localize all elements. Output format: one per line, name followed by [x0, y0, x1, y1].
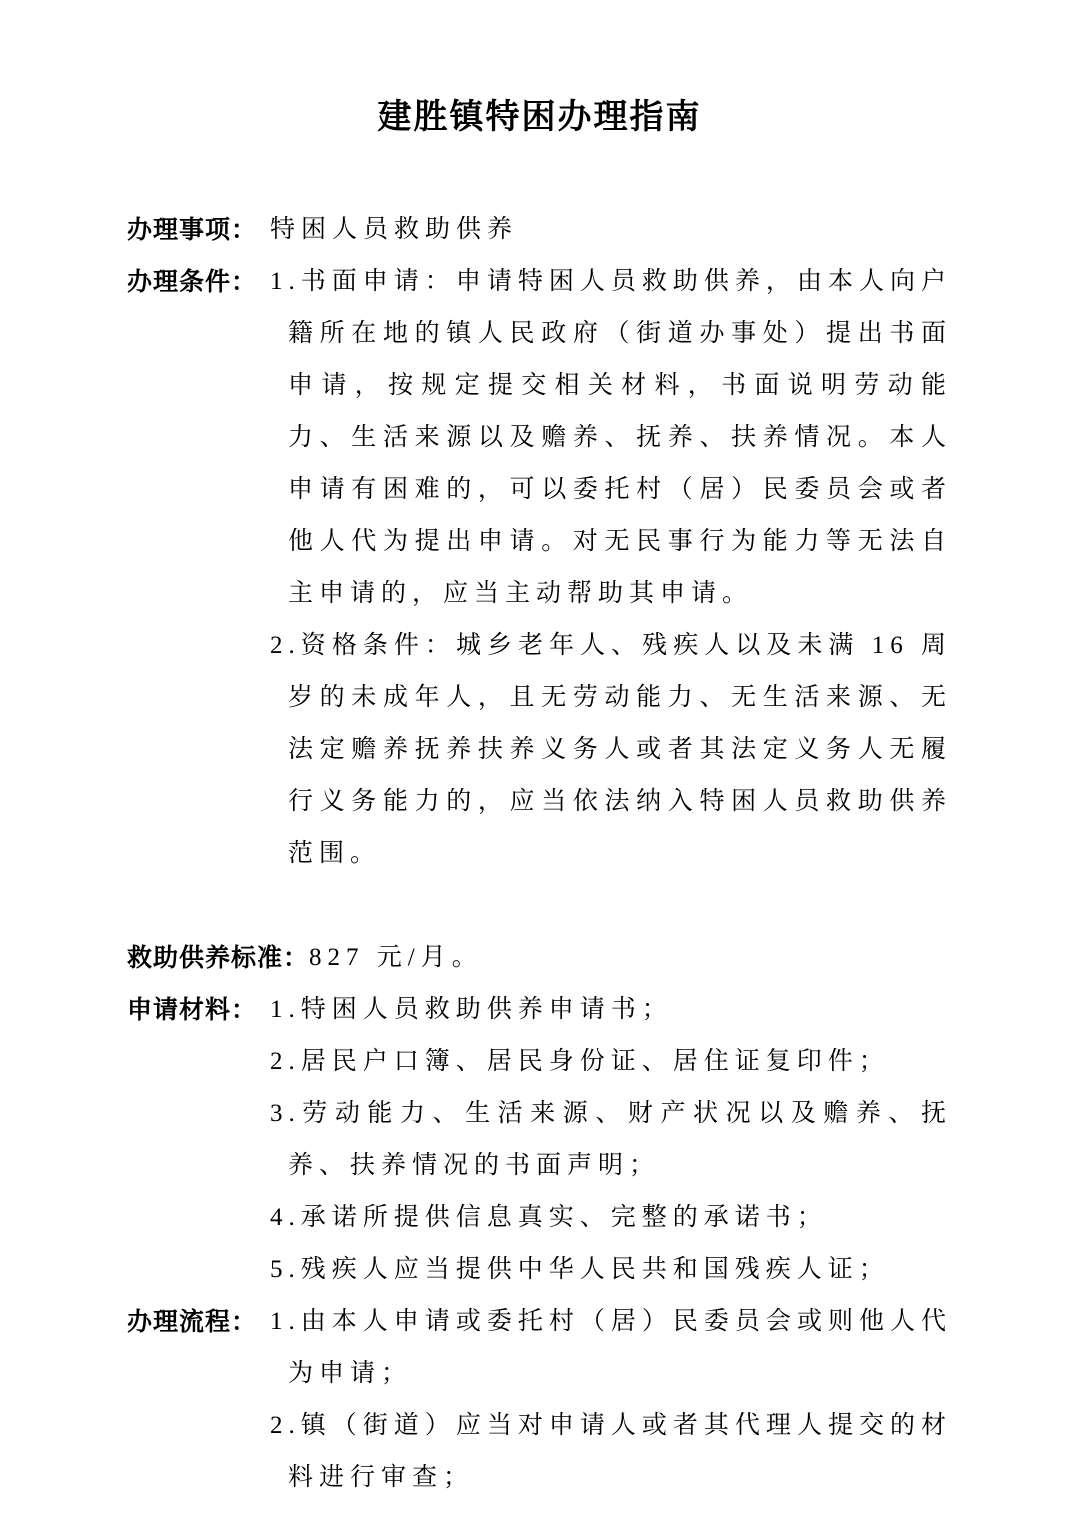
- section-row: 办理流程： 1.由本人申请或委托村（居）民委员会或则他人代为申请；2.镇（街道）…: [127, 1296, 952, 1504]
- section-item-list: 1.书面申请：申请特困人员救助供养，由本人向户籍所在地的镇人民政府（街道办事处）…: [270, 256, 952, 880]
- section-label: 办理条件：: [127, 256, 270, 308]
- list-item: 1.特困人员救助供养申请书；: [270, 984, 952, 1036]
- section-spacer: [127, 880, 952, 932]
- list-item: 1.书面申请：申请特困人员救助供养，由本人向户籍所在地的镇人民政府（街道办事处）…: [270, 256, 952, 620]
- list-item: 2.镇（街道）应当对申请人或者其代理人提交的材料进行审查；: [270, 1400, 952, 1504]
- list-item: 5.残疾人应当提供中华人民共和国残疾人证；: [270, 1244, 952, 1296]
- list-item: 1.由本人申请或委托村（居）民委员会或则他人代为申请；: [270, 1296, 952, 1400]
- section-label: 办理事项：: [127, 204, 270, 256]
- list-item: 2.居民户口簿、居民身份证、居住证复印件；: [270, 1036, 952, 1088]
- list-item: 3.劳动能力、生活来源、财产状况以及赡养、抚养、扶养情况的书面声明；: [270, 1088, 952, 1192]
- document-page: 建胜镇特困办理指南 办理事项： 特困人员救助供养 办理条件： 1.书面申请：申请…: [0, 0, 1074, 1520]
- section-row: 申请材料： 1.特困人员救助供养申请书；2.居民户口簿、居民身份证、居住证复印件…: [127, 984, 952, 1296]
- section-row: 办理条件： 1.书面申请：申请特困人员救助供养，由本人向户籍所在地的镇人民政府（…: [127, 256, 952, 880]
- section-row: 办理事项： 特困人员救助供养: [127, 204, 952, 256]
- section-content: 827 元/月。: [309, 932, 952, 984]
- section-label: 申请材料：: [127, 984, 270, 1036]
- section-row: 救助供养标准： 827 元/月。: [127, 932, 952, 984]
- section-content: 特困人员救助供养: [270, 204, 952, 256]
- section-item-list: 1.由本人申请或委托村（居）民委员会或则他人代为申请；2.镇（街道）应当对申请人…: [270, 1296, 952, 1504]
- section-label: 救助供养标准：: [127, 932, 309, 984]
- page-title: 建胜镇特困办理指南: [127, 96, 952, 140]
- document-sections: 办理事项： 特困人员救助供养 办理条件： 1.书面申请：申请特困人员救助供养，由…: [127, 204, 952, 1504]
- document-content: 建胜镇特困办理指南 办理事项： 特困人员救助供养 办理条件： 1.书面申请：申请…: [0, 0, 1074, 1504]
- section-item-list: 1.特困人员救助供养申请书；2.居民户口簿、居民身份证、居住证复印件；3.劳动能…: [270, 984, 952, 1296]
- list-item: 4.承诺所提供信息真实、完整的承诺书；: [270, 1192, 952, 1244]
- section-label: 办理流程：: [127, 1296, 270, 1348]
- list-item: 2.资格条件：城乡老年人、残疾人以及未满 16 周岁的未成年人，且无劳动能力、无…: [270, 620, 952, 880]
